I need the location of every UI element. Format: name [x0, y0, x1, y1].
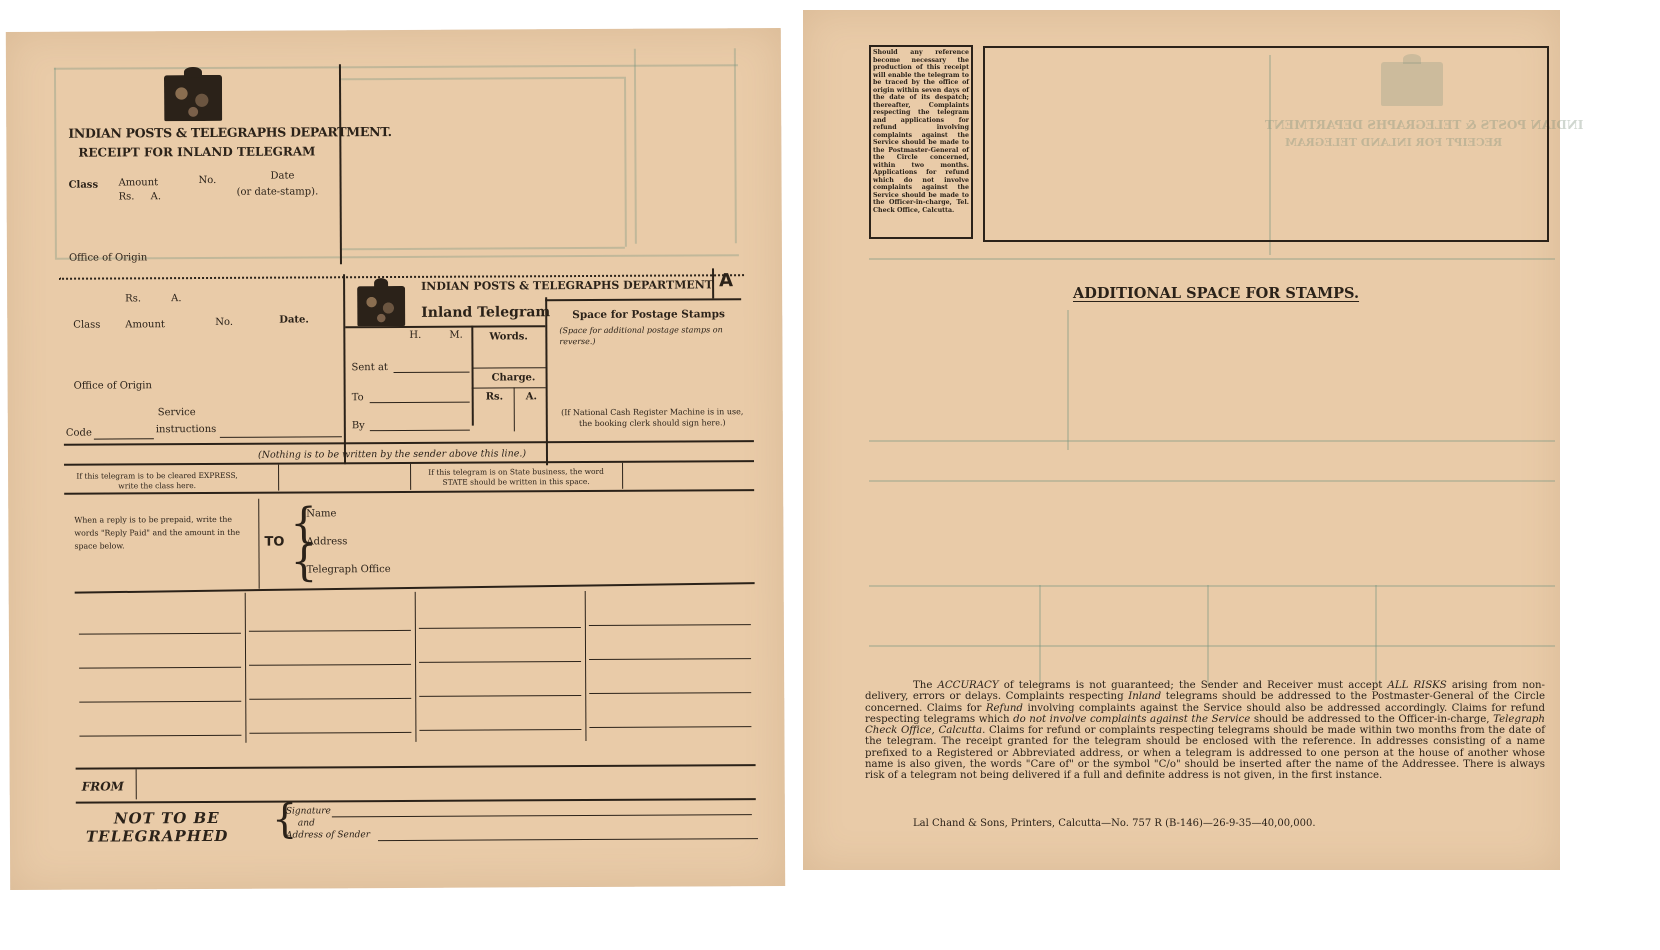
notice-segment: The	[865, 680, 938, 691]
counterfoil-office-of-origin: Office of Origin	[74, 380, 152, 391]
accuracy-notice: The ACCURACY of telegrams is not guarant…	[865, 680, 1545, 782]
minutes-label: M.	[449, 330, 462, 341]
notice-segment: ALL RISKS	[1388, 680, 1447, 691]
message-word-cell[interactable]	[79, 667, 241, 669]
message-word-cell[interactable]	[249, 630, 411, 632]
message-word-cell[interactable]	[79, 633, 241, 635]
receipt-no-label: No.	[199, 175, 217, 186]
printer-line: Lal Chand & Sons, Printers, Calcutta—No.…	[913, 818, 1316, 829]
charge-rs-label: Rs.	[486, 391, 503, 402]
to-telegraph-office-field[interactable]: Telegraph Office	[307, 564, 391, 575]
counterfoil-service-label: Service	[158, 407, 196, 418]
stamp-space-subtitle: (Space for additional postage stamps on …	[559, 324, 739, 347]
notice-segment: Inland	[1128, 691, 1161, 702]
receipt-date-label: Date	[270, 171, 294, 182]
message-word-cell[interactable]	[589, 658, 751, 660]
to-address-field[interactable]: Address	[306, 536, 347, 547]
from-label: FROM	[82, 779, 124, 793]
words-label: Words.	[489, 331, 528, 342]
receipt-office-of-origin: Office of Origin	[69, 252, 147, 263]
show-through-text	[75, 688, 756, 802]
receipt-a-label: A.	[151, 191, 161, 202]
telegram-form-back: INDIAN POSTS & TELEGRAPHS DEPARTMENT REC…	[803, 10, 1560, 870]
telegram-title: Inland Telegram	[421, 304, 550, 321]
notice-segment: of telegrams is not guaranteed; the Send…	[999, 680, 1388, 691]
telegraphed-label: TELEGRAPHED	[86, 827, 228, 846]
sent-at-label: Sent at	[351, 362, 387, 373]
emblem-icon	[164, 75, 222, 121]
message-word-cell[interactable]	[419, 627, 581, 629]
counterfoil-amount-label: Amount	[125, 319, 165, 330]
counterfoil-date-label: Date.	[279, 314, 309, 325]
not-to-be-label: NOT TO BE	[114, 809, 220, 828]
notice-segment: do not involve complaints against the Se…	[1013, 714, 1250, 725]
additional-space-heading: ADDITIONAL SPACE FOR STAMPS.	[1073, 285, 1359, 302]
counterfoil-class-label: Class	[73, 320, 100, 331]
receipt-class-label: Class	[69, 180, 99, 191]
charge-label: Charge.	[492, 372, 536, 383]
message-word-cell[interactable]	[419, 661, 581, 663]
counterfoil-a-label: A.	[171, 293, 181, 304]
sender-address-field[interactable]: Address of Sender	[286, 830, 370, 840]
additional-stamp-box	[983, 46, 1549, 242]
to-name-field[interactable]: Name	[306, 508, 336, 519]
cash-register-note: (If National Cash Register Machine is in…	[560, 406, 745, 429]
message-word-cell[interactable]	[589, 624, 751, 626]
charge-a-label: A.	[526, 391, 537, 402]
telegram-department: INDIAN POSTS & TELEGRAPHS DEPARTMENT	[421, 278, 713, 293]
signature-field[interactable]: Signature	[286, 806, 331, 816]
counterfoil-instructions-label: instructions	[156, 424, 216, 435]
refund-side-note: Should any reference become necessary th…	[869, 45, 973, 239]
hours-label: H.	[409, 330, 421, 341]
receipt-department: INDIAN POSTS & TELEGRAPHS DEPARTMENT.	[68, 124, 391, 141]
message-word-cell[interactable]	[249, 664, 411, 666]
notice-segment: should be addressed to the Officer-in-ch…	[1250, 714, 1493, 725]
reply-paid-note: When a reply is to be prepaid, write the…	[74, 513, 254, 553]
counterfoil-rs-label: Rs.	[125, 293, 141, 304]
signature-and: and	[298, 818, 315, 828]
receipt-rs-label: Rs.	[119, 191, 135, 202]
notice-segment: Refund	[986, 703, 1023, 714]
telegram-form-front: INDIAN POSTS & TELEGRAPHS DEPARTMENT. RE…	[6, 28, 785, 890]
to-label: TO	[264, 535, 284, 550]
notice-segment: ACCURACY	[938, 680, 999, 691]
counterfoil-code-label: Code	[66, 428, 92, 439]
express-note: If this telegram is to be cleared EXPRES…	[72, 471, 242, 492]
to-office-label: To	[352, 392, 364, 403]
counterfoil-no-label: No.	[215, 317, 233, 328]
emblem-icon	[357, 286, 405, 326]
receipt-amount-label: Amount	[119, 177, 159, 188]
state-business-note: If this telegram is on State business, t…	[416, 467, 616, 488]
receipt-title: RECEIPT FOR INLAND TELEGRAM	[78, 144, 315, 159]
form-letter-a: A	[719, 270, 733, 291]
by-label: By	[352, 420, 365, 431]
nothing-above-line-note: (Nothing is to be written by the sender …	[258, 448, 526, 460]
receipt-date-note: (or date-stamp).	[237, 186, 319, 197]
stamp-space-title: Space for Postage Stamps	[572, 308, 725, 321]
